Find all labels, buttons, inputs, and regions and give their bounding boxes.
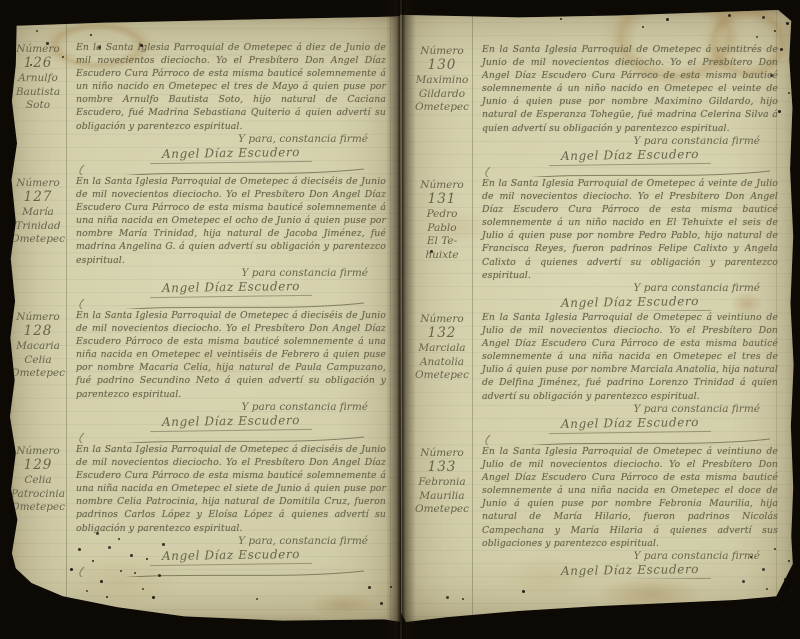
entry-body: En la Santa Iglesia Parroquial de Ometep… bbox=[472, 311, 786, 445]
signature-flourish bbox=[72, 296, 372, 309]
priest-signature: Angel Díaz Escudero bbox=[549, 562, 711, 579]
speck bbox=[700, 10, 702, 12]
entry-closing: Y para constancia firmé bbox=[482, 282, 760, 296]
speck bbox=[592, 12, 595, 15]
priest-signature: Angel Díaz Escudero bbox=[150, 547, 312, 566]
entry-number: 131 bbox=[412, 192, 472, 207]
entry-margin: Número 126 Arnulfo Bautista Soto bbox=[10, 41, 66, 175]
right-page: Número 130 Maximino Gildardo Ometepec En… bbox=[400, 10, 794, 622]
entry-number: 130 bbox=[412, 58, 472, 73]
speck bbox=[790, 60, 792, 62]
entry-body: En la Santa Iglesia Parroquial de Ometep… bbox=[472, 177, 786, 311]
baptism-entry-128: Número 128 Macaria Celia Ometepec En la … bbox=[10, 309, 394, 443]
entry-margin-names: Febronia Maurilia Ometepec bbox=[412, 476, 472, 517]
entry-margin-names: Marciala Anatolia Ometepec bbox=[412, 342, 472, 383]
margin-rule-line bbox=[66, 16, 67, 623]
right-page-content: Número 130 Maximino Gildardo Ometepec En… bbox=[400, 10, 794, 622]
scanned-register-spread: { "colors": { "paper": "#d1cda8", "ink":… bbox=[0, 0, 800, 639]
entry-closing: Y para constancia firmé bbox=[76, 401, 368, 415]
entry-closing: Y para, constancia firmé bbox=[76, 133, 368, 147]
edge-rule-line bbox=[390, 16, 391, 623]
entry-body: En la Santa Iglesia Parroquial de Ometep… bbox=[66, 443, 394, 577]
entry-body-text: En la Santa Iglesia Parroquial de Ometep… bbox=[482, 177, 778, 282]
entry-margin: Número 130 Maximino Gildardo Ometepec bbox=[412, 43, 472, 177]
entry-margin-names: Pedro Pablo El Te- huixte bbox=[412, 208, 472, 262]
baptism-entry-126: Número 126 Arnulfo Bautista Soto En la S… bbox=[10, 41, 394, 175]
priest-signature: Angel Díaz Escudero bbox=[549, 294, 711, 311]
entry-body-text: En la Santa Iglesia Parroquial de Ometep… bbox=[76, 309, 386, 401]
entry-number: 133 bbox=[412, 460, 472, 475]
entry-number: 128 bbox=[10, 324, 66, 339]
signature-flourish bbox=[478, 432, 778, 445]
signature-flourish bbox=[72, 564, 372, 577]
speck bbox=[558, 612, 560, 614]
entry-margin-names: Macaria Celia Ometepec bbox=[10, 340, 66, 381]
baptism-entry-127: Número 127 María Trinidad Ometepec En la… bbox=[10, 175, 394, 309]
entry-body: En la Santa Iglesia Parroquial de Ometep… bbox=[66, 309, 394, 443]
entry-number: 126 bbox=[10, 56, 66, 71]
entry-body: En la Santa Iglesia Parroquial de Ometep… bbox=[66, 175, 394, 309]
baptism-entry-129: Número 129 Celia Patrocinia Ometepec En … bbox=[10, 443, 394, 577]
baptism-entry-131: Número 131 Pedro Pablo El Te- huixte En … bbox=[412, 177, 786, 311]
entry-closing: Y para constancia firmé bbox=[482, 403, 760, 417]
speck bbox=[790, 588, 793, 591]
entry-closing: Y para constancia firmé bbox=[482, 550, 760, 564]
entry-number: 132 bbox=[412, 326, 472, 341]
entry-margin-names: Arnulfo Bautista Soto bbox=[10, 72, 66, 113]
entry-number: 127 bbox=[10, 190, 66, 205]
signature-flourish bbox=[478, 164, 778, 177]
baptism-entry-130: Número 130 Maximino Gildardo Ometepec En… bbox=[412, 43, 786, 177]
speck bbox=[754, 598, 757, 601]
entry-margin: Número 129 Celia Patrocinia Ometepec bbox=[10, 443, 66, 577]
priest-signature: Angel Díaz Escudero bbox=[150, 279, 312, 298]
baptism-entry-132: Número 132 Marciala Anatolia Ometepec En… bbox=[412, 311, 786, 445]
priest-signature: Angel Díaz Escudero bbox=[549, 415, 711, 434]
entry-margin-names: María Trinidad Ometepec bbox=[10, 206, 66, 247]
entry-margin-names: Celia Patrocinia Ometepec bbox=[10, 474, 66, 515]
entry-body: En la Santa Iglesia Parroquial de Ometep… bbox=[66, 41, 394, 175]
priest-signature: Angel Díaz Escudero bbox=[150, 145, 312, 164]
entry-margin: Número 127 María Trinidad Ometepec bbox=[10, 175, 66, 309]
left-page: Número 126 Arnulfo Bautista Soto En la S… bbox=[8, 16, 400, 623]
speck bbox=[744, 8, 746, 10]
entry-body: En la Santa Iglesia Parroquial de Ometep… bbox=[472, 43, 786, 177]
entry-margin: Número 133 Febronia Maurilia Ometepec bbox=[412, 445, 472, 579]
entry-body-text: En la Santa Iglesia Parroquial de Ometep… bbox=[482, 43, 778, 135]
entry-body-text: En la Santa Iglesia Parroquial de Ometep… bbox=[482, 311, 778, 403]
speck bbox=[776, 600, 778, 602]
entry-body: En la Santa Iglesia Parroquial de Ometep… bbox=[472, 445, 786, 579]
signature-flourish bbox=[72, 430, 372, 443]
entry-margin: Número 131 Pedro Pablo El Te- huixte bbox=[412, 177, 472, 311]
entry-body-text: En la Santa Iglesia Parroquial de Ometep… bbox=[76, 175, 386, 267]
entry-number: 129 bbox=[10, 458, 66, 473]
baptism-entry-133: Número 133 Febronia Maurilia Ometepec En… bbox=[412, 445, 786, 579]
priest-signature: Angel Díaz Escudero bbox=[150, 413, 312, 432]
entry-closing: Y para constancia firmé bbox=[76, 267, 368, 281]
entry-body-text: En la Santa Iglesia Parroquial de Ometep… bbox=[76, 41, 386, 133]
entry-closing: Y para constancia firmé bbox=[482, 135, 760, 149]
margin-rule-line bbox=[472, 10, 473, 622]
edge-rule-line bbox=[776, 10, 777, 622]
signature-flourish bbox=[72, 162, 372, 175]
speck bbox=[792, 130, 794, 132]
priest-signature: Angel Díaz Escudero bbox=[549, 147, 711, 166]
entry-closing: Y para, constancia firmé bbox=[76, 535, 368, 549]
entry-body-text: En la Santa Iglesia Parroquial de Ometep… bbox=[76, 443, 386, 535]
entry-margin: Número 132 Marciala Anatolia Ometepec bbox=[412, 311, 472, 445]
entry-margin: Número 128 Macaria Celia Ometepec bbox=[10, 309, 66, 443]
entry-margin-names: Maximino Gildardo Ometepec bbox=[412, 74, 472, 115]
entry-body-text: En la Santa Iglesia Parroquial de Ometep… bbox=[482, 445, 778, 550]
